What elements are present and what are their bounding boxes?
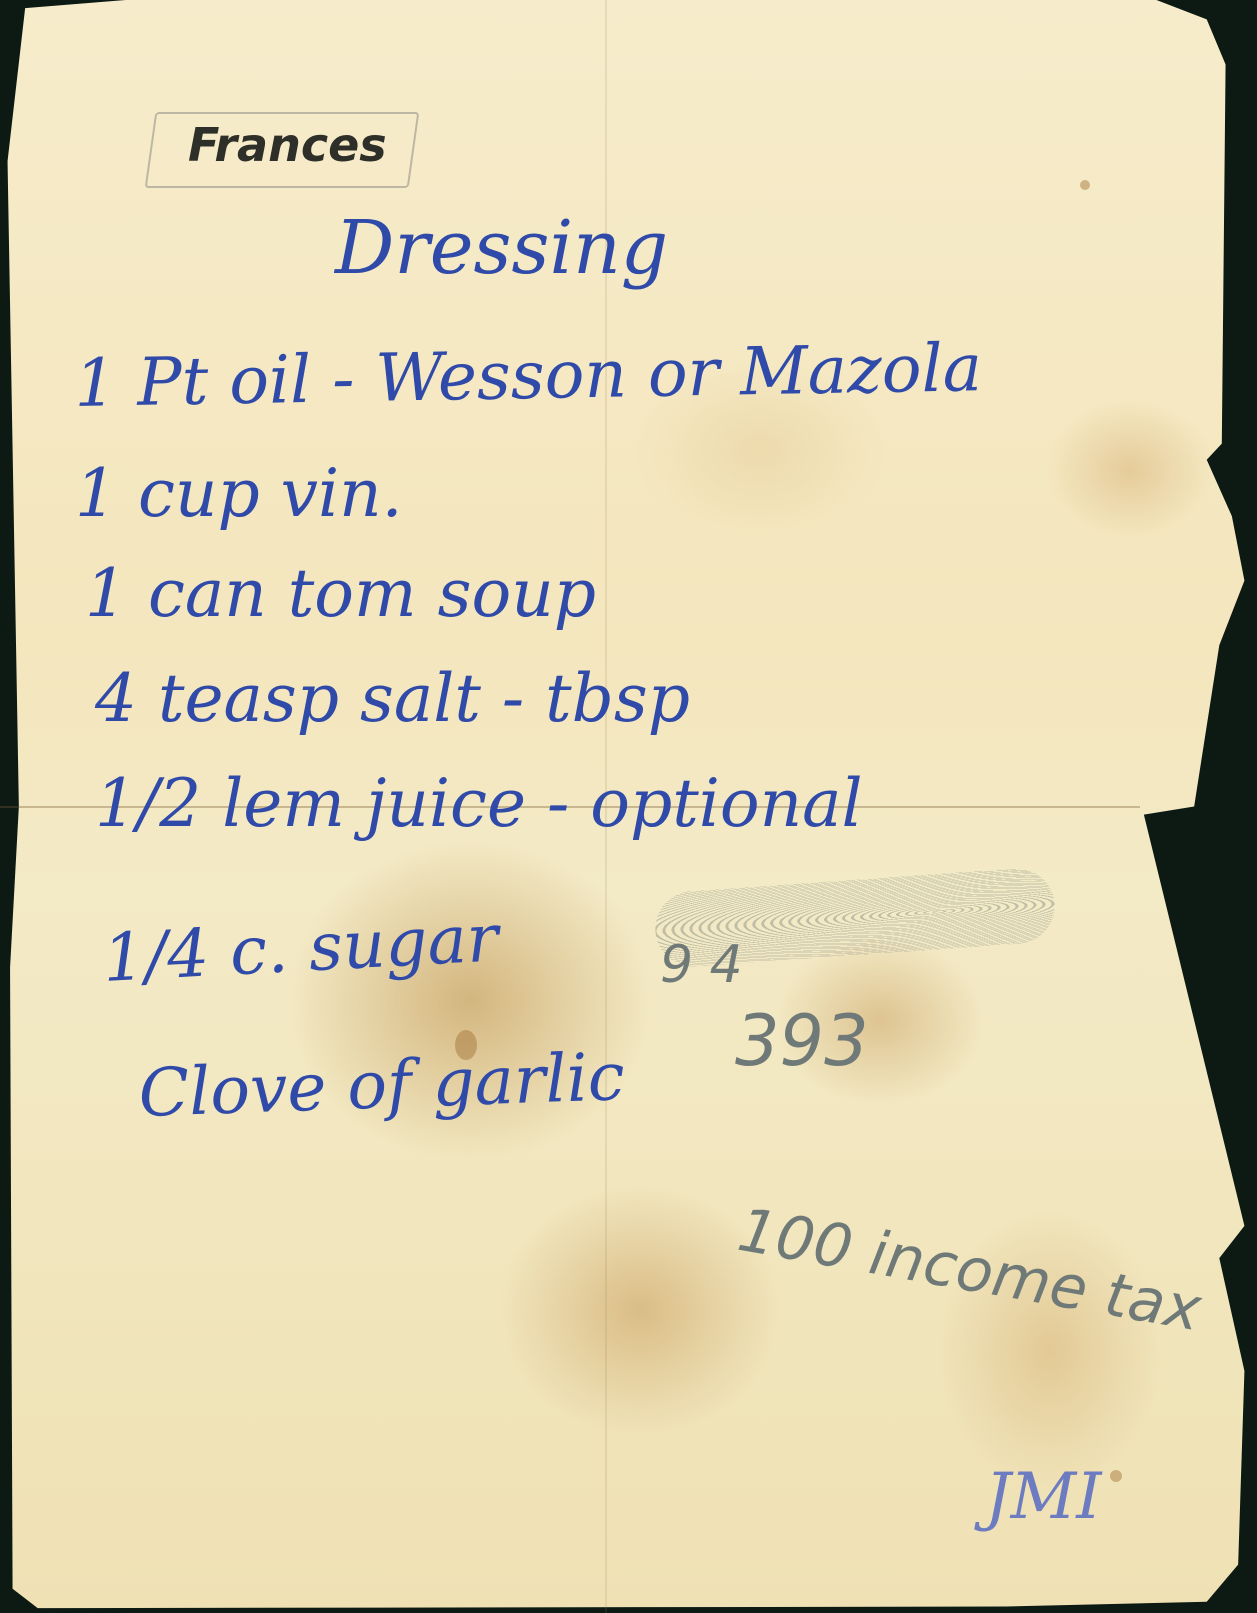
pencil-note: 393	[735, 1000, 869, 1082]
stain-spot	[1080, 180, 1090, 190]
name-label: Frances	[188, 118, 387, 172]
blue-initials: JMI	[985, 1460, 1101, 1534]
ingredient-line: 4 teasp salt - tbsp	[95, 660, 690, 737]
ingredient-line: 1/2 lem juice - optional	[95, 765, 863, 842]
pencil-note: 9 4	[660, 935, 743, 995]
stain-spot	[1110, 1470, 1122, 1482]
recipe-title: Dressing	[335, 205, 668, 291]
ingredient-line: 1 cup vin.	[75, 455, 403, 532]
ingredient-line: 1 can tom soup	[85, 555, 596, 632]
ingredient-line: 1 Pt oil - Wesson or Mazola	[74, 329, 983, 422]
